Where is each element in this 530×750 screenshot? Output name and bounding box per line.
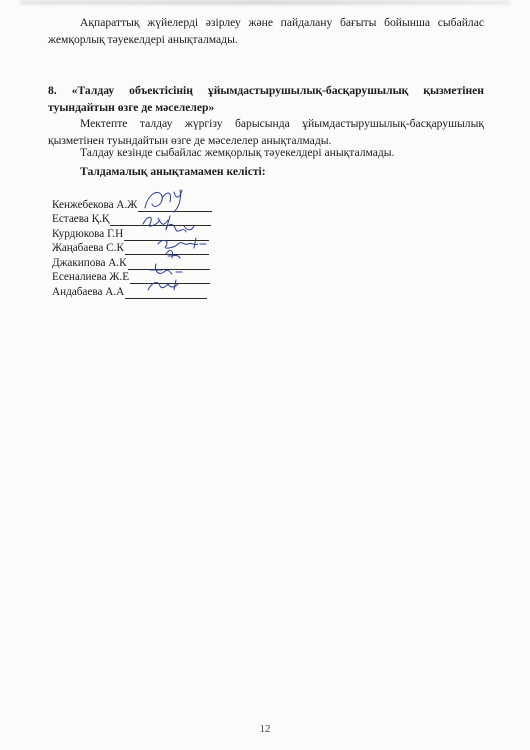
- handwritten-signatures-image: [140, 186, 230, 296]
- previous-page-bleed-through: [20, 0, 510, 5]
- section-8-heading-line-2: туындайтын өзге де мәселелер»: [48, 99, 484, 116]
- section-8-paragraph-2: Талдау кезінде сыбайлас жемқорлық тәуеке…: [48, 144, 484, 161]
- document-page: Ақпараттық жүйелерді әзірлеу және пайдал…: [0, 0, 530, 750]
- signatory-name: Джакипова А.К: [52, 257, 127, 270]
- signatory-name: Естаева Қ.Қ: [52, 213, 109, 226]
- signatory-name: Андабаева А.А: [52, 286, 124, 299]
- page-number: 12: [0, 723, 530, 735]
- section-8-heading: 8. «Талдау объектісінің ұйымдастырушылық…: [48, 82, 484, 116]
- paragraph-information-systems: Ақпараттық жүйелерді әзірлеу және пайдал…: [48, 14, 484, 48]
- signatures-title: Талдамалық анықтамамен келісті:: [80, 165, 266, 178]
- signatory-name: Курдюкова Г.Н: [52, 228, 123, 241]
- section-8-heading-line-1: 8. «Талдау объектісінің ұйымдастырушылық…: [48, 82, 484, 99]
- signatory-name: Кенжебекова А.Ж: [52, 199, 137, 212]
- signatory-name: Жаңабаева С.К: [52, 242, 124, 255]
- signatory-name: Есеналиева Ж.Е: [52, 271, 129, 284]
